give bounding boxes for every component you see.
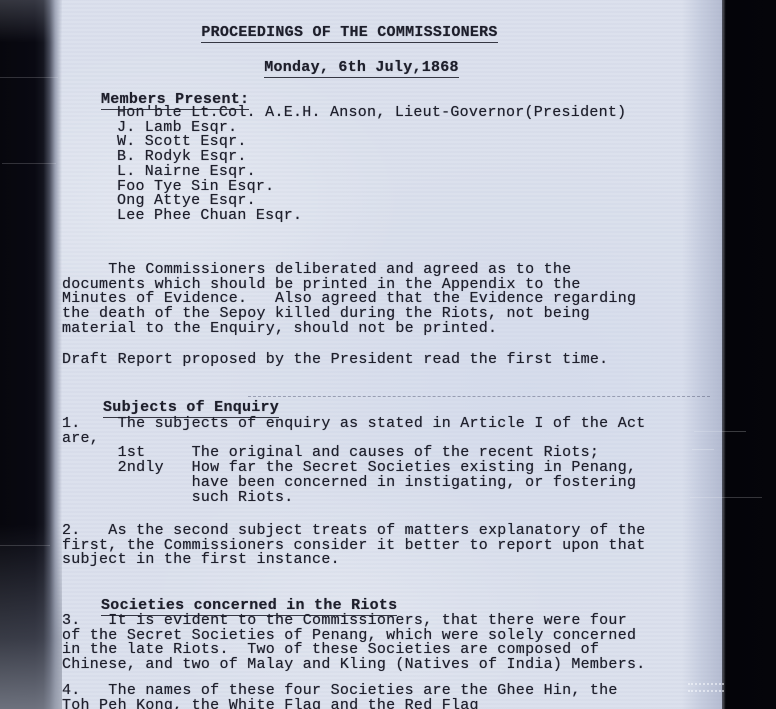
scan-dash-artifact: [248, 396, 710, 397]
paragraph-line: such Riots.: [62, 491, 645, 506]
paper-right-edge-shade: [682, 0, 723, 709]
paragraph-line: Chinese, and two of Malay and Kling (Nat…: [62, 658, 645, 673]
paragraph-line: subject in the first instance.: [62, 553, 645, 568]
paragraph-line: material to the Enquiry, should not be p…: [62, 322, 636, 337]
paragraph-line: 1. The subjects of enquiry as stated in …: [62, 417, 645, 432]
members-list: Hon'ble Lt.Col. A.E.H. Anson, Lieut-Gove…: [117, 106, 626, 224]
document-title: PROCEEDINGS OF THE COMMISSIONERS: [201, 24, 497, 43]
draft-report-line: Draft Report proposed by the President r…: [62, 353, 608, 368]
scan-edge-right: [722, 0, 776, 709]
item-4-society-names: 4. The names of these four Societies are…: [62, 684, 618, 709]
paragraph-line: Toh Peh Kong, the White Flag and the Red…: [62, 699, 618, 709]
item-1-subjects: 1. The subjects of enquiry as stated in …: [62, 417, 645, 505]
scanned-document-page: PROCEEDINGS OF THE COMMISSIONERS Monday,…: [0, 0, 776, 709]
item-2-order-of-report: 2. As the second subject treats of matte…: [62, 524, 645, 568]
paragraph-deliberation: The Commissioners deliberated and agreed…: [62, 263, 636, 337]
item-3-four-societies: 3. It is evident to the Commissioners, t…: [62, 614, 645, 673]
document-date: Monday, 6th July,1868: [264, 61, 459, 78]
member-row: Lee Phee Chuan Esqr.: [117, 209, 626, 224]
scan-edge-left: [0, 0, 62, 709]
